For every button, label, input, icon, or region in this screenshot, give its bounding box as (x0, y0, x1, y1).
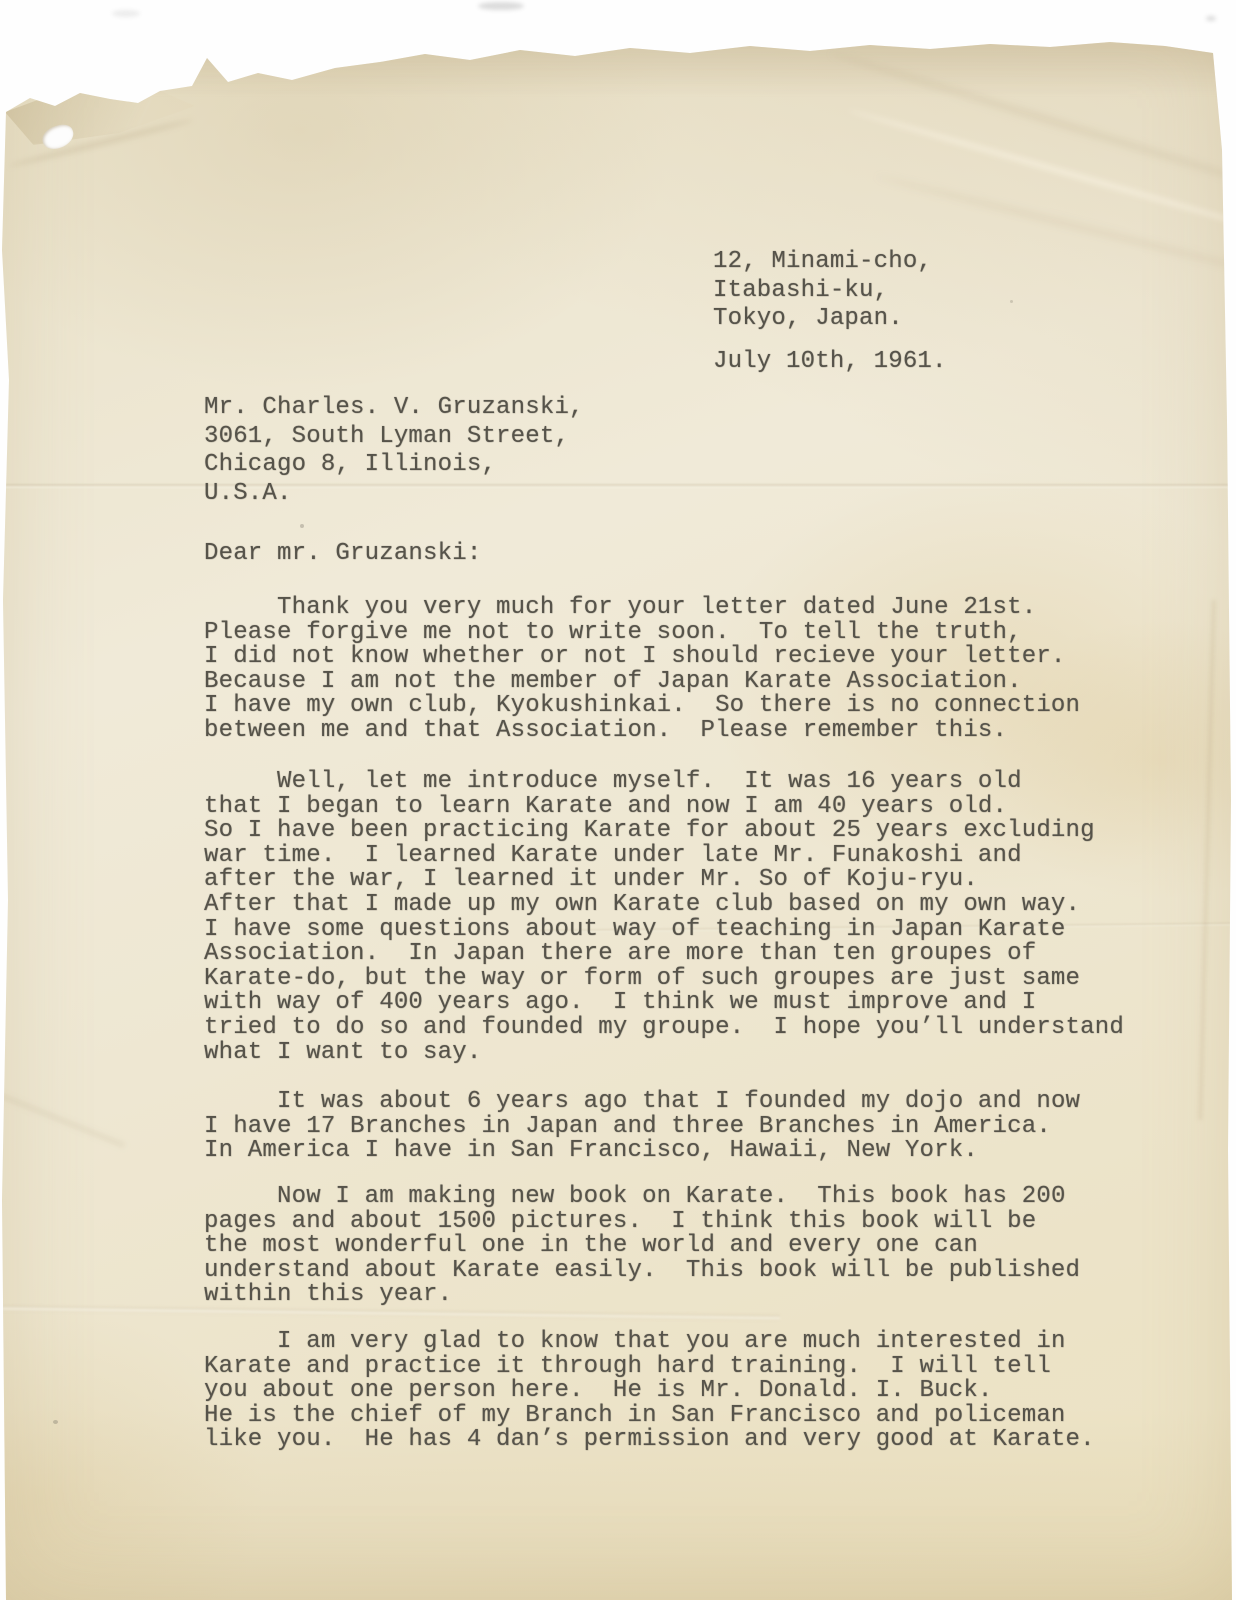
scanner-smudge (112, 10, 140, 17)
letter-paper: 12, Minami-cho, Itabashi-ku, Tokyo, Japa… (0, 0, 1236, 1600)
recipient-address: Mr. Charles. V. Gruzanski, 3061, South L… (204, 394, 584, 508)
paragraph-1: Thank you very much for your letter date… (204, 596, 1154, 744)
scanner-smudge (478, 2, 524, 10)
ink-speck (1010, 300, 1013, 303)
vertical-crease-right-edge (1198, 600, 1216, 1120)
letter-date: July 10th, 1961. (713, 348, 947, 377)
diagonal-crease-left-middle (0, 1087, 125, 1148)
salutation: Dear mr. Gruzanski: (204, 540, 481, 567)
paragraph-5: I am very glad to know that you are much… (204, 1330, 1154, 1453)
sender-address: 12, Minami-cho, Itabashi-ku, Tokyo, Japa… (713, 248, 932, 334)
paragraph-4: Now I am making new book on Karate. This… (204, 1185, 1154, 1308)
letter-scan: 12, Minami-cho, Itabashi-ku, Tokyo, Japa… (0, 0, 1236, 1600)
torn-corner-flap (5, 85, 195, 145)
torn-edge-shadow (0, 40, 1236, 95)
paragraph-3: It was about 6 years ago that I founded … (204, 1090, 1154, 1164)
ink-speck (300, 524, 304, 528)
diagonal-crease-top-right-highlight (848, 108, 1236, 237)
scanner-smudge (1206, 16, 1216, 21)
horizontal-fold-crease-upper (0, 484, 1236, 488)
paragraph-2: Well, let me introduce myself. It was 16… (204, 770, 1154, 1065)
ink-speck (53, 1420, 58, 1424)
